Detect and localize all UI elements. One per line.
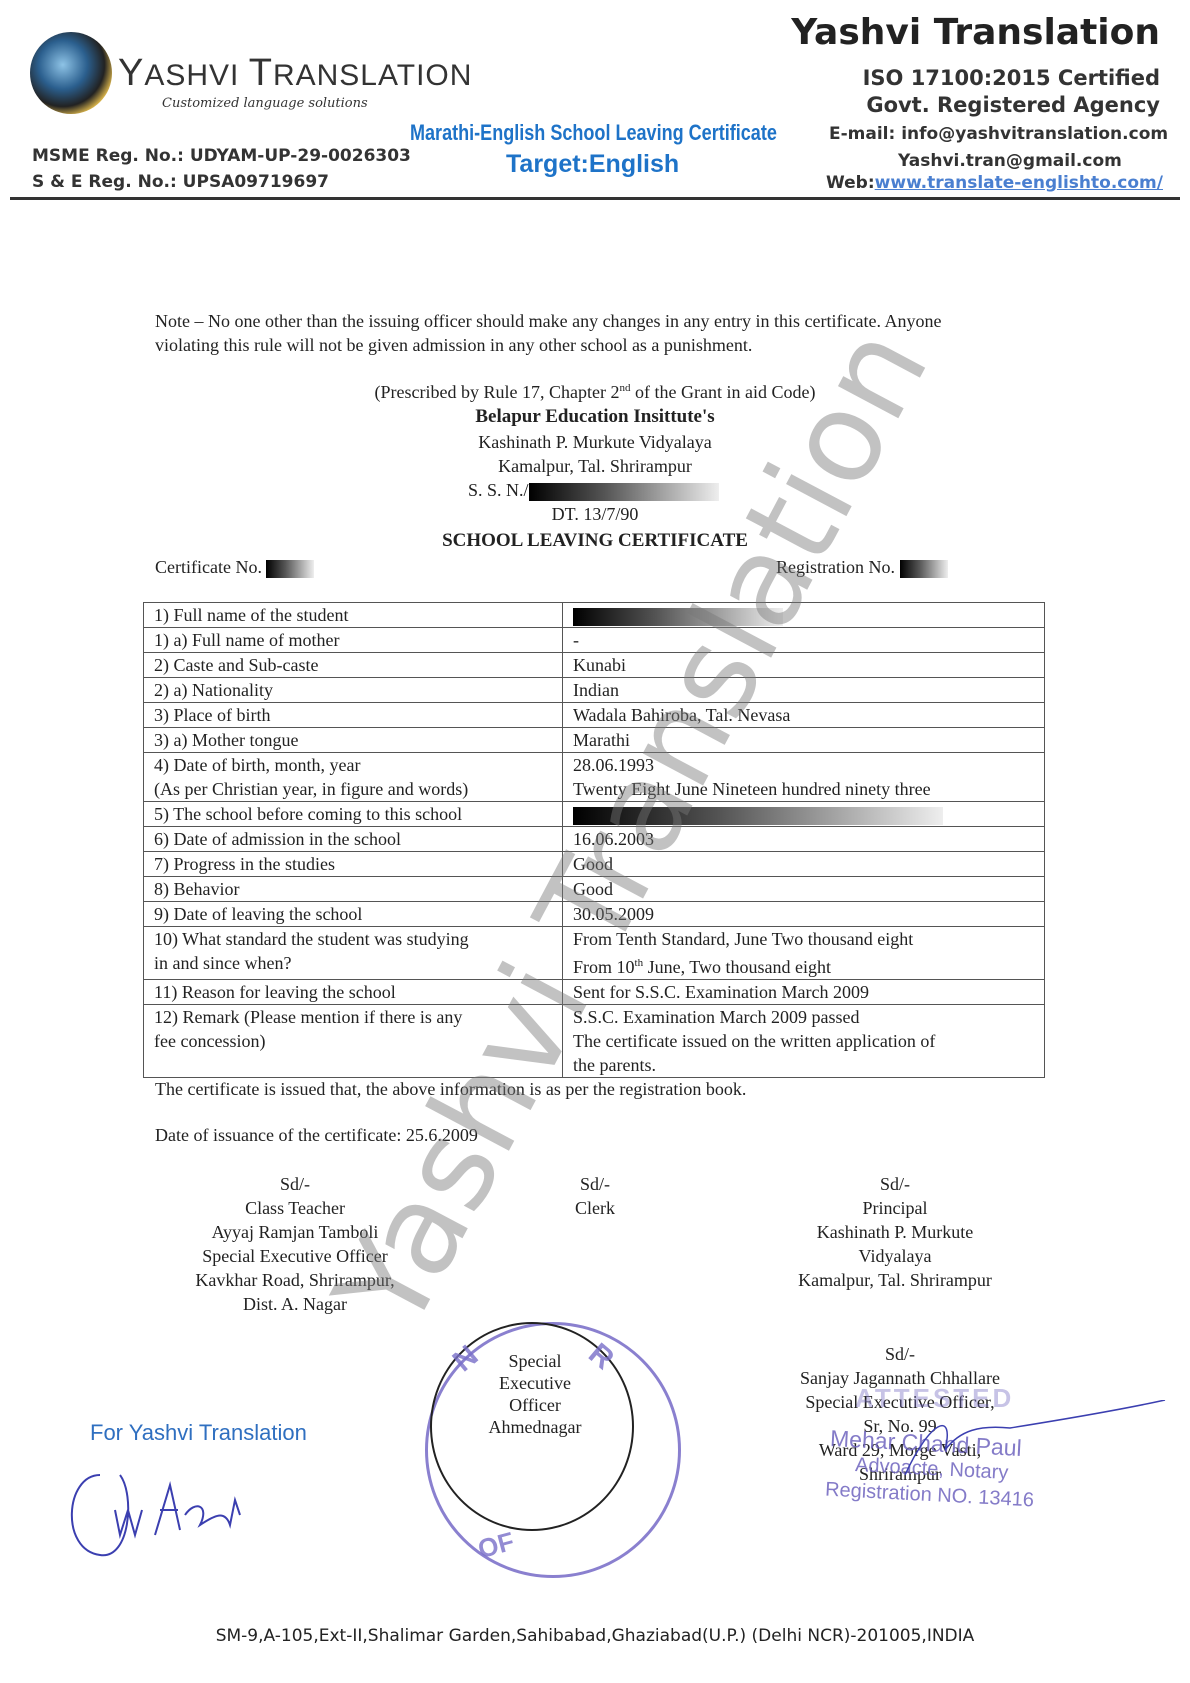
- web-label: Web:: [826, 173, 875, 193]
- signature-line: Vidyalaya: [750, 1244, 1040, 1268]
- logo-wordmark: YASHVI TRANSLATION: [118, 52, 472, 95]
- iso-certification: ISO 17100:2015 Certified: [863, 66, 1160, 90]
- ssn-date: DT. 13/7/90: [0, 504, 1190, 525]
- row-value: Indian: [563, 678, 1045, 703]
- signature-line: Officer: [480, 1394, 590, 1416]
- redacted-block: [573, 608, 783, 626]
- row-value: Kunabi: [563, 653, 1045, 678]
- table-row: 2) a) NationalityIndian: [144, 678, 1045, 703]
- table-row: 12) Remark (Please mention if there is a…: [144, 1005, 1045, 1078]
- govt-registration: Govt. Registered Agency: [866, 93, 1160, 117]
- table-row: 6) Date of admission in the school16.06.…: [144, 827, 1045, 852]
- redacted-block: [573, 807, 943, 825]
- signature-line: Clerk: [540, 1196, 650, 1220]
- certificate-details-table: 1) Full name of the student1) a) Full na…: [143, 602, 1045, 1078]
- signature-line: Special Executive Officer: [150, 1244, 440, 1268]
- table-row: 3) Place of birthWadala Bahiroba, Tal. N…: [144, 703, 1045, 728]
- signature-line: Ayyaj Ramjan Tamboli: [150, 1220, 440, 1244]
- logo-text: ASHVI: [144, 59, 248, 92]
- institute-name: Belapur Education Insittute's: [0, 406, 1190, 428]
- row-value: -: [563, 628, 1045, 653]
- row-label: 12) Remark (Please mention if there is a…: [144, 1005, 563, 1078]
- header-divider: [10, 197, 1180, 200]
- signature-line: Kavkhar Road, Shrirampur,: [150, 1268, 440, 1292]
- table-row: 1) a) Full name of mother-: [144, 628, 1045, 653]
- officer-seal-text: SpecialExecutiveOfficerAhmednagar: [480, 1350, 590, 1438]
- signature-line: Sd/-: [150, 1172, 440, 1196]
- logo-letter: Y: [118, 52, 144, 94]
- signature-line: Ahmednagar: [480, 1416, 590, 1438]
- ssn-label: S. S. N./: [468, 480, 529, 500]
- signature-line: Sd/-: [755, 1342, 1045, 1366]
- certificate-number: Certificate No.: [155, 557, 314, 578]
- signature-line: Principal: [750, 1196, 1040, 1220]
- table-row: 9) Date of leaving the school30.05.2009: [144, 902, 1045, 927]
- email-secondary[interactable]: Yashvi.tran@gmail.com: [898, 151, 1122, 171]
- signature-clerk: Sd/-Clerk: [540, 1172, 650, 1220]
- footer-address: SM-9,A-105,Ext-II,Shalimar Garden,Sahiba…: [0, 1626, 1190, 1646]
- row-label: 7) Progress in the studies: [144, 852, 563, 877]
- signature-line: Special: [480, 1350, 590, 1372]
- signature-line: Kashinath P. Murkute: [750, 1220, 1040, 1244]
- table-row: 11) Reason for leaving the schoolSent fo…: [144, 980, 1045, 1005]
- rule-text: (Prescribed by Rule 17, Chapter 2: [375, 382, 620, 402]
- registration-number: Registration No.: [776, 557, 948, 578]
- row-value: S.S.C. Examination March 2009 passedThe …: [563, 1005, 1045, 1078]
- table-row: 10) What standard the student was studyi…: [144, 927, 1045, 980]
- agency-signature-label: For Yashvi Translation: [90, 1420, 307, 1446]
- signature-principal: Sd/-PrincipalKashinath P. MurkuteVidyala…: [750, 1172, 1040, 1292]
- table-row: 4) Date of birth, month, year(As per Chr…: [144, 753, 1045, 802]
- table-row: 1) Full name of the student: [144, 603, 1045, 628]
- school-location: Kamalpur, Tal. Shrirampur: [0, 456, 1190, 477]
- certificate-heading: SCHOOL LEAVING CERTIFICATE: [0, 530, 1190, 552]
- row-value: 16.06.2003: [563, 827, 1045, 852]
- ssn-line: S. S. N./: [468, 480, 719, 501]
- row-label: 6) Date of admission in the school: [144, 827, 563, 852]
- note-text: Note – No one other than the issuing off…: [155, 309, 955, 357]
- certificate-number-label: Certificate No.: [155, 557, 262, 577]
- target-language: Target:English: [506, 150, 679, 179]
- notary-signature-icon: [900, 1400, 1170, 1480]
- letterhead: YASHVI TRANSLATION Customized language s…: [0, 0, 1190, 200]
- row-value: Marathi: [563, 728, 1045, 753]
- row-value: [563, 802, 1045, 827]
- web-link[interactable]: www.translate-englishto.com/: [875, 173, 1163, 193]
- table-row: 5) The school before coming to this scho…: [144, 802, 1045, 827]
- row-label: 3) a) Mother tongue: [144, 728, 563, 753]
- table-row: 7) Progress in the studiesGood: [144, 852, 1045, 877]
- logo-letter: T: [249, 52, 273, 94]
- row-value: Sent for S.S.C. Examination March 2009: [563, 980, 1045, 1005]
- row-label: 9) Date of leaving the school: [144, 902, 563, 927]
- row-label: 11) Reason for leaving the school: [144, 980, 563, 1005]
- redacted-block: [900, 560, 948, 578]
- row-label: 3) Place of birth: [144, 703, 563, 728]
- table-row: 3) a) Mother tongueMarathi: [144, 728, 1045, 753]
- row-label: 2) a) Nationality: [144, 678, 563, 703]
- row-value: Wadala Bahiroba, Tal. Nevasa: [563, 703, 1045, 728]
- row-label: 1) Full name of the student: [144, 603, 563, 628]
- msme-registration: MSME Reg. No.: UDYAM-UP-29-0026303: [32, 146, 411, 166]
- certification-statement: The certificate is issued that, the abov…: [155, 1079, 746, 1100]
- se-registration: S & E Reg. No.: UPSA09719697: [32, 172, 329, 192]
- website: Web:www.translate-englishto.com/: [826, 173, 1163, 193]
- rule-superscript: nd: [620, 382, 631, 394]
- signature-line: Sd/-: [540, 1172, 650, 1196]
- signature-class-teacher: Sd/-Class TeacherAyyaj Ramjan TamboliSpe…: [150, 1172, 440, 1316]
- row-value: From Tenth Standard, June Two thousand e…: [563, 927, 1045, 980]
- row-value: Good: [563, 877, 1045, 902]
- rule-text: of the Grant in aid Code): [631, 382, 816, 402]
- row-value: 28.06.1993Twenty Eight June Nineteen hun…: [563, 753, 1045, 802]
- email-link[interactable]: info@yashvitranslation.com: [901, 124, 1168, 144]
- registration-number-label: Registration No.: [776, 557, 895, 577]
- signature-line: Class Teacher: [150, 1196, 440, 1220]
- logo-text: RANSLATION: [273, 59, 472, 92]
- signature-line: Kamalpur, Tal. Shrirampur: [750, 1268, 1040, 1292]
- globe-logo-icon: [30, 32, 112, 114]
- row-label: 2) Caste and Sub-caste: [144, 653, 563, 678]
- row-value: 30.05.2009: [563, 902, 1045, 927]
- issue-date: Date of issuance of the certificate: 25.…: [155, 1125, 478, 1146]
- prescribed-rule: (Prescribed by Rule 17, Chapter 2nd of t…: [0, 382, 1190, 403]
- row-value: Good: [563, 852, 1045, 877]
- document-title: Marathi-English School Leaving Certifica…: [410, 120, 777, 146]
- row-value: [563, 603, 1045, 628]
- handwritten-signature-icon: [60, 1455, 350, 1565]
- row-label: 5) The school before coming to this scho…: [144, 802, 563, 827]
- row-label: 10) What standard the student was studyi…: [144, 927, 563, 980]
- redacted-block: [266, 560, 314, 578]
- email-label: E-mail:: [829, 124, 901, 144]
- row-label: 4) Date of birth, month, year(As per Chr…: [144, 753, 563, 802]
- signature-line: Executive: [480, 1372, 590, 1394]
- agency-name: Yashvi Translation: [791, 12, 1160, 53]
- redacted-block: [529, 483, 719, 501]
- table-row: 2) Caste and Sub-casteKunabi: [144, 653, 1045, 678]
- table-row: 8) BehaviorGood: [144, 877, 1045, 902]
- school-name: Kashinath P. Murkute Vidyalaya: [0, 432, 1190, 453]
- logo-tagline: Customized language solutions: [162, 96, 368, 111]
- signature-line: Dist. A. Nagar: [150, 1292, 440, 1316]
- email-primary: E-mail: info@yashvitranslation.com: [829, 124, 1168, 144]
- row-label: 1) a) Full name of mother: [144, 628, 563, 653]
- signature-line: Sd/-: [750, 1172, 1040, 1196]
- row-label: 8) Behavior: [144, 877, 563, 902]
